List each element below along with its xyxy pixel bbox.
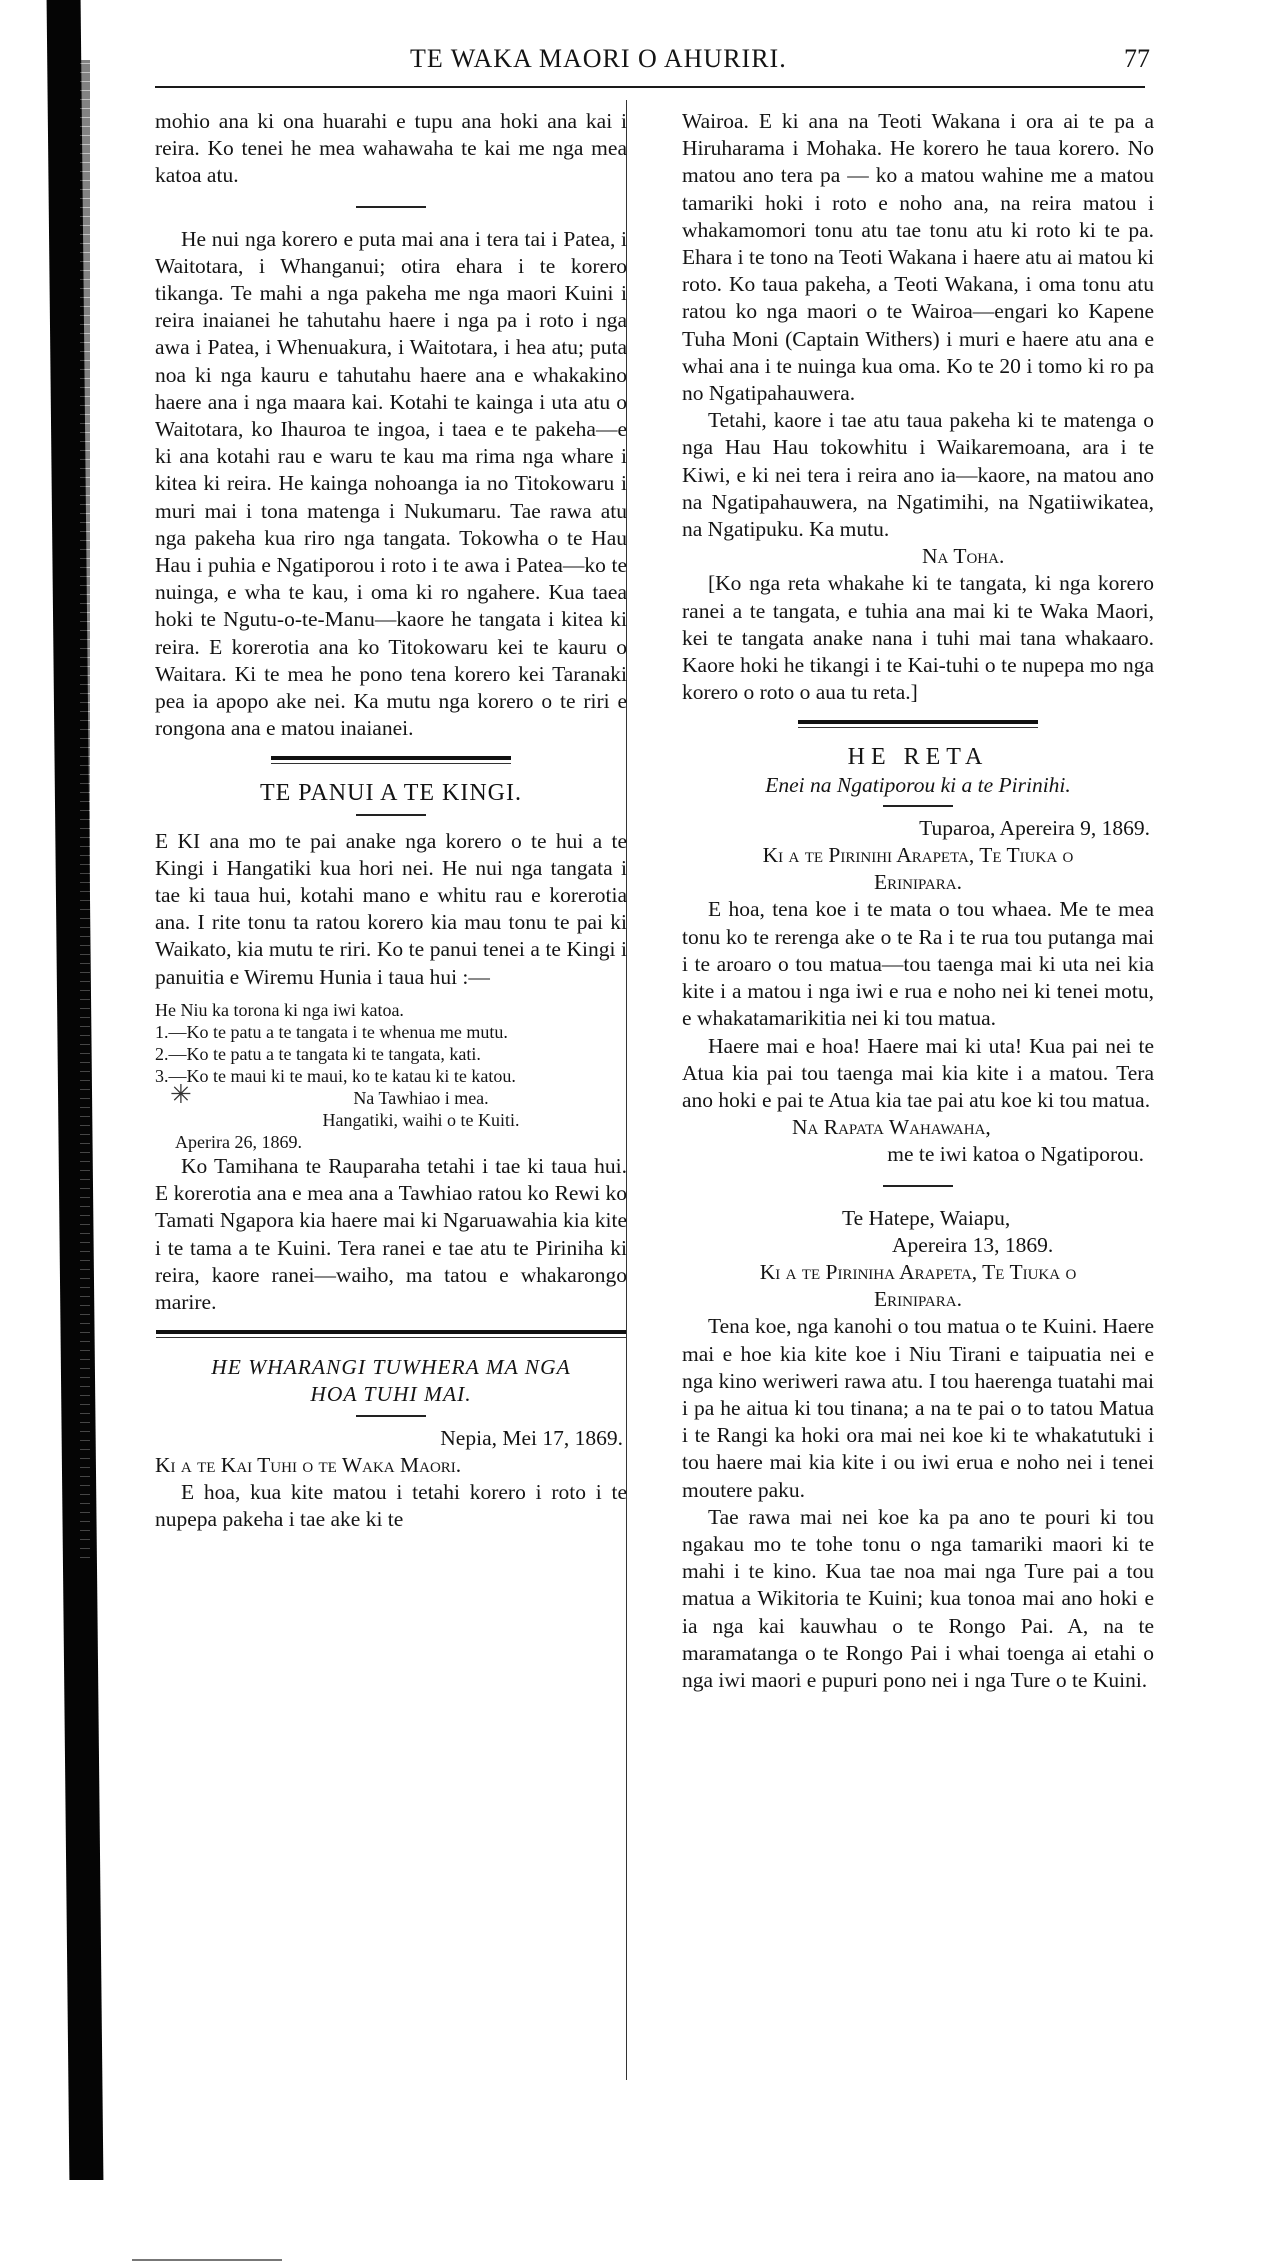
letter1-signature: Na Rapata Wahawaha, [682,1114,1154,1141]
running-header: TE WAKA MAORI O AHURIRI. 77 [150,44,1150,80]
letter2-para: Tae rawa mai nei koe ka pa ano te pouri … [682,1504,1154,1694]
proclamation-place: Hangatiki, waihi o te Kuiti. [155,1109,627,1131]
left-column: mohio ana ki ona huarahi e tupu ana hoki… [155,108,627,1533]
continuation-paragraph: Wairoa. E ki ana na Teoti Wakana i ora a… [682,108,1154,407]
double-rule [798,720,1038,728]
letters-title-line2: HOA TUHI MAI. [155,1381,627,1408]
letter-signature: Na Toha. [682,543,1154,570]
right-column: Wairoa. E ki ana na Teoti Wakana i ora a… [682,108,1154,1694]
section-rule [883,805,953,807]
header-rule [155,86,1145,88]
section-rule [356,206,426,208]
scan-artifact [132,2259,282,2261]
letter-dateline: Nepia, Mei 17, 1869. [155,1425,627,1452]
letter1-signature-cont: me te iwi katoa o Ngatiporou. [682,1141,1154,1168]
binding-edge [47,0,104,2180]
proclamation-intro: E KI ana mo te pai anake nga korero o te… [155,828,627,991]
continuation-paragraph: mohio ana ki ona huarahi e tupu ana hoki… [155,108,627,190]
letter2-addressee: Ki a te Piriniha Arapeta, Te Tiuka o [682,1259,1154,1286]
letter2-para: Tena koe, nga kanohi o tou matua o te Ku… [682,1313,1154,1503]
proclamation-block: He Niu ka torona ki nga iwi katoa. 1.—Ko… [155,999,627,1153]
binding-texture [80,60,90,1560]
proclamation-date: Aperira 26, 1869. [155,1131,627,1153]
second-paragraph: Tetahi, kaore i tae atu taua pakeha ki t… [682,407,1154,543]
letters-title-line1: HE WHARANGI TUWHERA MA NGA [155,1354,627,1381]
letter2-addressee-cont: Erinipara. [682,1286,1154,1313]
letter1-addressee-cont: Erinipara. [682,869,1154,896]
proclamation-followup: Ko Tamihana te Rauparaha tetahi i tae ki… [155,1153,627,1316]
letter1-addressee: Ki a te Pirinihi Arapeta, Te Tiuka o [682,842,1154,869]
letter2-dateline: Te Hatepe, Waiapu, [682,1205,1154,1232]
section-rule [883,1185,953,1187]
letter-addressee: Ki a te Kai Tuhi o te Waka Maori. [155,1452,627,1479]
proclamation-item: 1.—Ko te patu a te tangata i te whenua m… [155,1021,627,1043]
proclamation-title: TE PANUI A TE KINGI. [155,780,627,807]
section-rule [356,814,426,816]
he-reta-subtitle: Enei na Ngatiporou ki a te Pirinihi. [682,772,1154,799]
letter1-para: E hoa, tena koe i te mata o tou whaea. M… [682,896,1154,1032]
letter-body: E hoa, kua kite matou i tetahi korero i … [155,1479,627,1533]
double-rule [156,1330,626,1338]
double-rule [271,756,511,764]
proclamation-item: 3.—Ko te maui ki te maui, ko te katau ki… [155,1065,627,1087]
newspaper-title: TE WAKA MAORI O AHURIRI. [410,44,787,74]
letter1-para: Haere mai e hoa! Haere mai ki uta! Kua p… [682,1033,1154,1115]
editor-note: [Ko nga reta whakahe ki te tangata, ki n… [682,570,1154,706]
news-paragraph: He nui nga korero e puta mai ana i tera … [155,226,627,743]
proclamation-signature: Na Tawhiao i mea. [155,1087,627,1109]
letter2-dateline-cont: Apereira 13, 1869. [682,1232,1154,1259]
proclamation-item: 2.—Ko te patu a te tangata ki te tangata… [155,1043,627,1065]
page-number: 77 [1124,44,1150,74]
proclamation-lead: He Niu ka torona ki nga iwi katoa. [155,999,627,1021]
section-rule [356,1415,426,1417]
he-reta-title: HE RETA [682,744,1154,771]
letter1-dateline: Tuparoa, Apereira 9, 1869. [682,815,1154,842]
